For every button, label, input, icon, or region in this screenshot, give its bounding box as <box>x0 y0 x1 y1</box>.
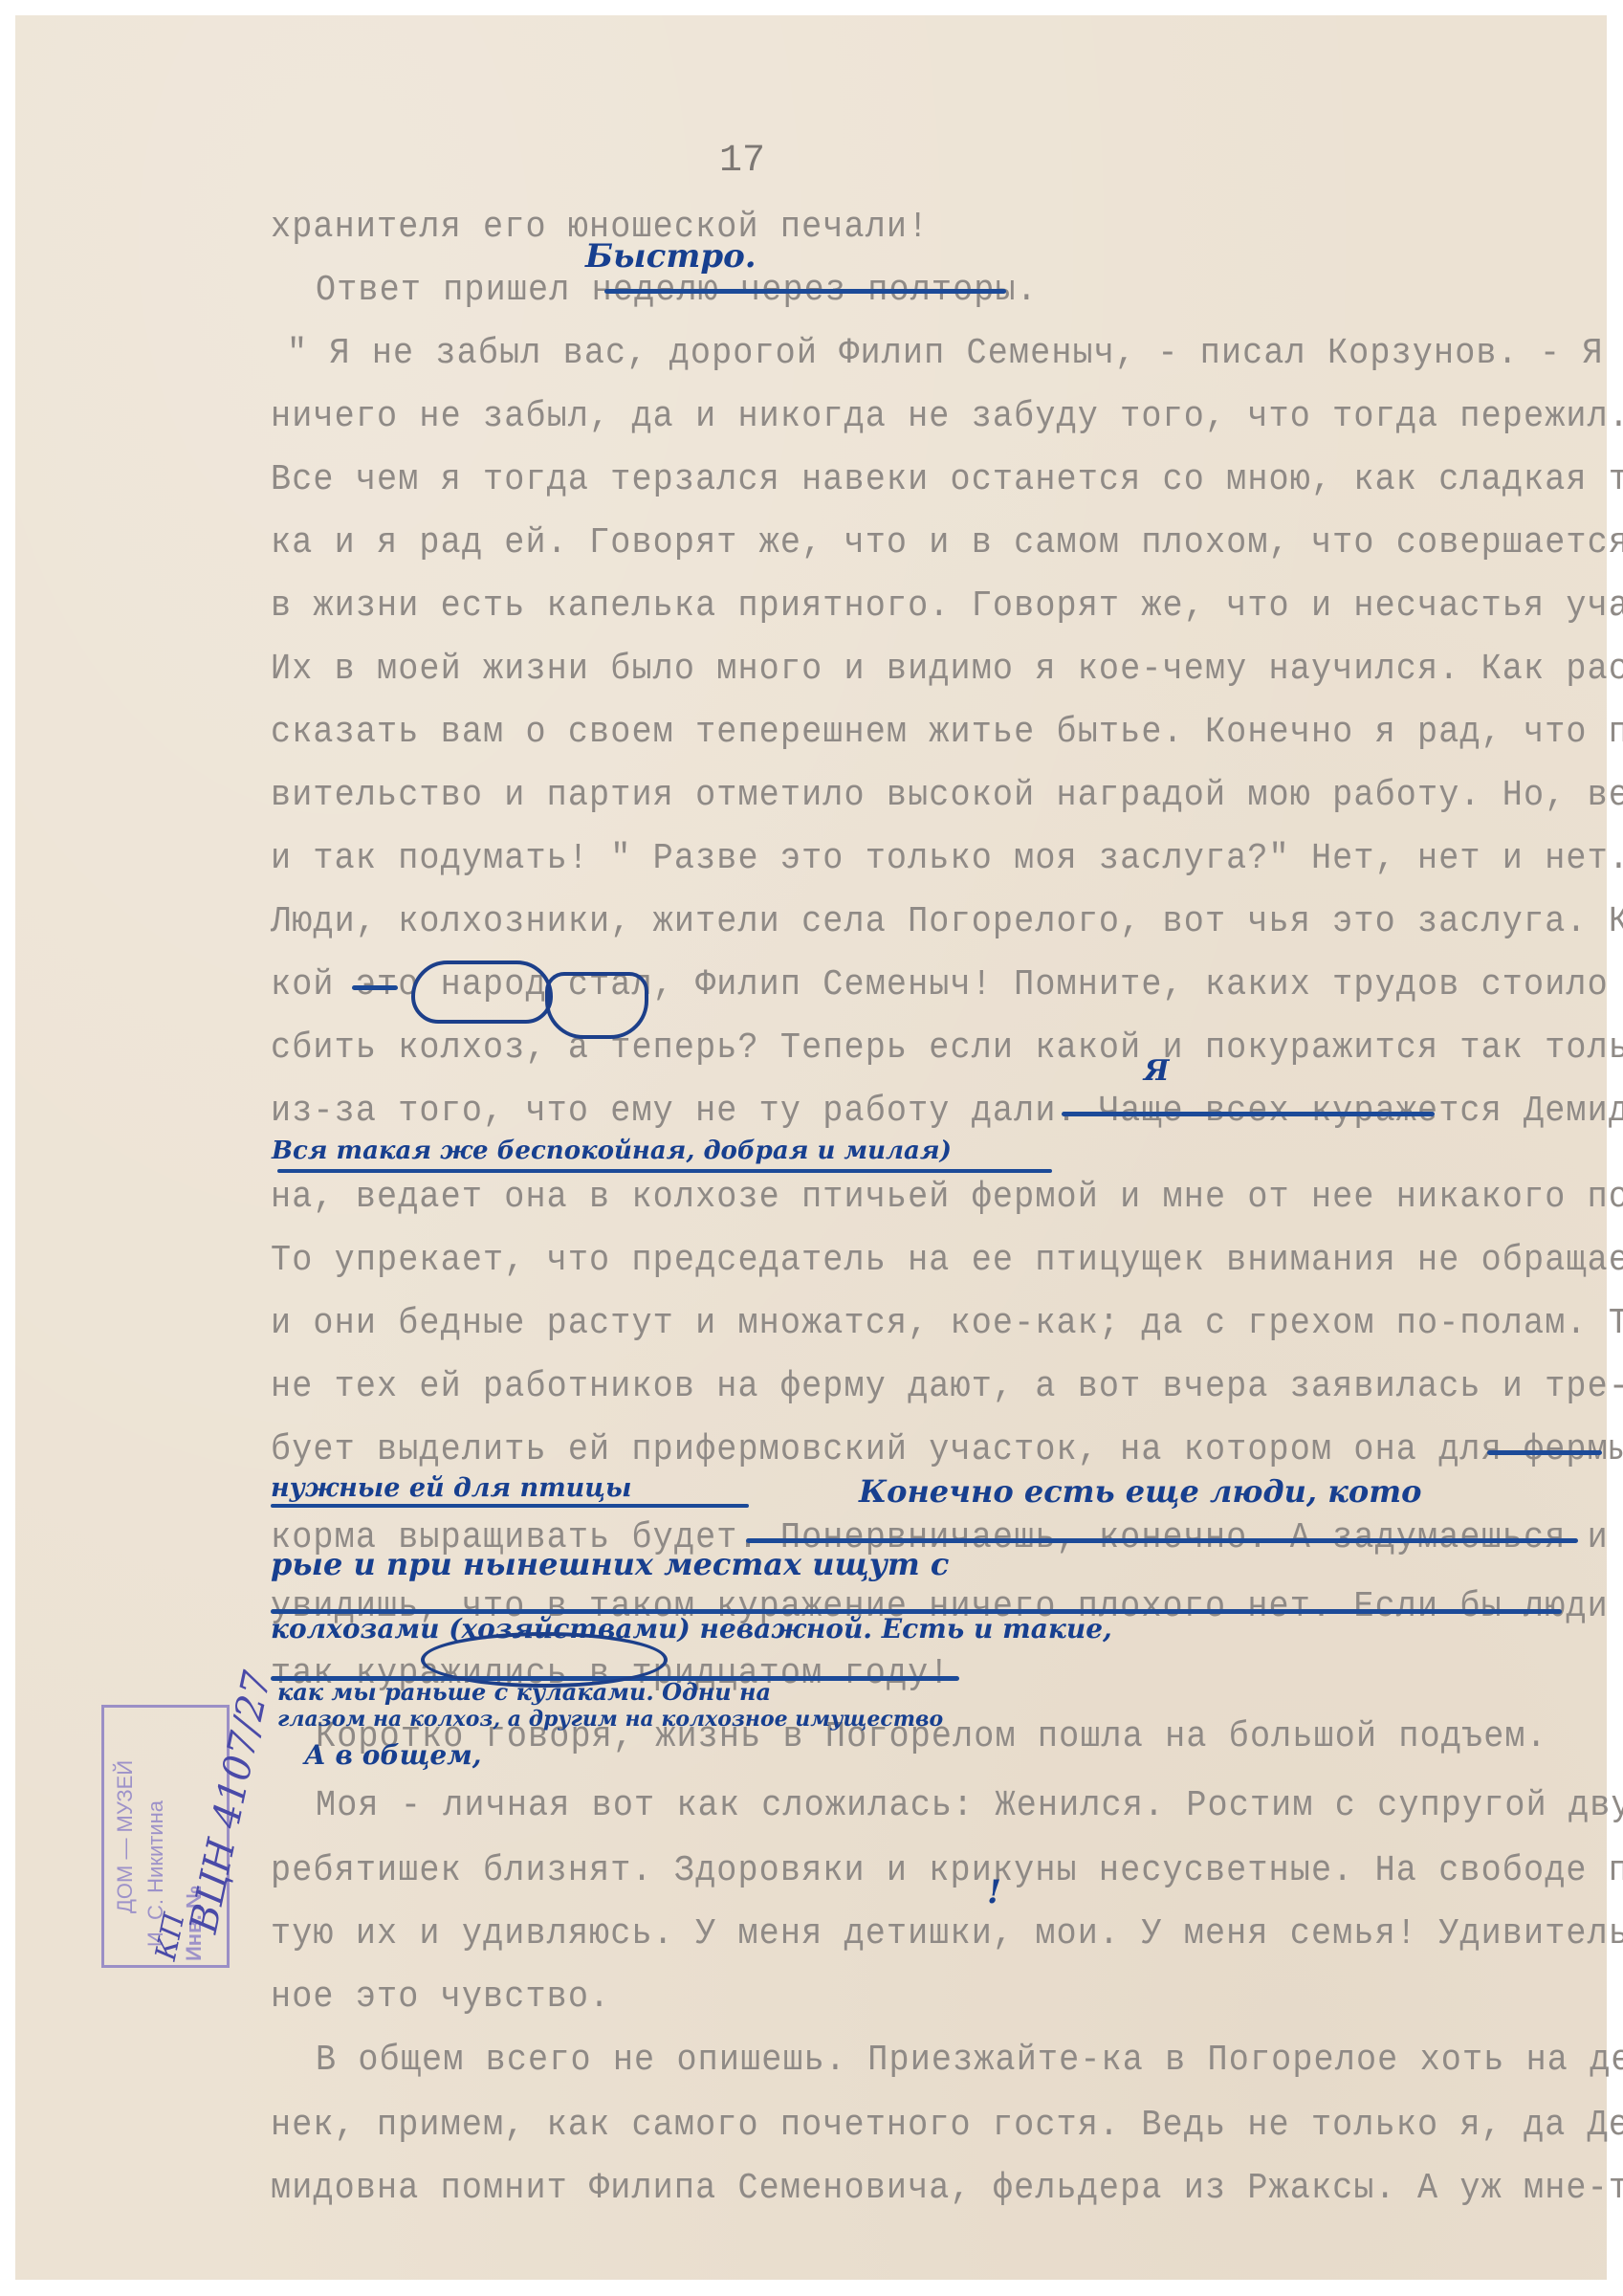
typed-line: Люди, колхозники, жители села Погорелого… <box>271 903 1623 941</box>
typed-line: бует выделить ей прифермовский участок, … <box>271 1431 1623 1469</box>
stamp-line-1: ДОМ — МУЗЕЙ <box>113 1760 138 1913</box>
typed-line: ничего не забыл, да и никогда не забуду … <box>271 398 1623 436</box>
circle-narod <box>411 960 553 1024</box>
strike-through-ponervnichaesh <box>746 1538 1578 1543</box>
handwritten-note: Я <box>1144 1054 1169 1088</box>
strike-through-eto <box>352 985 398 990</box>
typed-line: " Я не забыл вас, дорогой Филип Семеныч,… <box>287 335 1604 373</box>
handwritten-note: нужные ей для птицы <box>271 1473 631 1503</box>
typed-line: Все чем я тогда терзался навеки останетс… <box>271 461 1623 499</box>
handwritten-note: Быстро. <box>585 237 757 276</box>
typed-line: и так подумать! " Разве это только моя з… <box>271 840 1623 878</box>
strike-through-nedeli <box>604 289 1006 294</box>
circle-stal <box>545 972 648 1039</box>
typed-line: Моя - личная вот как сложилась: Женился.… <box>316 1787 1623 1825</box>
typed-line: тую их и удивляюсь. У меня детишки, мои.… <box>271 1915 1623 1954</box>
handwritten-note: Вся такая же беспокойная, добрая и милая… <box>272 1137 952 1165</box>
underline-insert-vsya <box>277 1169 1052 1173</box>
typed-line: ребятишек близнят. Здоровяки и крикуны н… <box>271 1852 1623 1890</box>
typed-line: на, ведает она в колхозе птичьей фермой … <box>271 1179 1623 1217</box>
typed-line: не тех ей работников на ферму дают, а во… <box>271 1368 1623 1406</box>
page-number: 17 <box>719 140 765 183</box>
typed-line: ка и я рад ей. Говорят же, что и в самом… <box>271 524 1623 563</box>
typed-line: То упрекает, что председатель на ее птиц… <box>271 1242 1623 1280</box>
handwritten-note: ! <box>987 1873 1001 1911</box>
typed-line: сказать вам о своем теперешнем житье быт… <box>271 714 1623 752</box>
handwritten-note: А в общем, <box>304 1739 482 1771</box>
handwritten-note: колхозами (хозяйствами) неважной. Есть и… <box>271 1613 1112 1645</box>
typed-line: В общем всего не опишешь. Приезжайте-ка … <box>316 2042 1623 2080</box>
circle-khozyaistvami <box>421 1632 668 1688</box>
underline-nuzhnye <box>271 1504 749 1508</box>
typed-line: в жизни есть капелька приятного. Говорят… <box>271 587 1623 626</box>
typed-line: сбить колхоз, а теперь? Теперь если како… <box>271 1029 1623 1068</box>
strike-through-uvidish <box>271 1609 1562 1614</box>
typed-line: мидовна помнит Филипа Семеновича, фельде… <box>271 2170 1623 2208</box>
handwritten-note: рые и при нынешних местах ищут с <box>271 1546 949 1582</box>
strike-through-chashe <box>1062 1112 1435 1116</box>
typed-line: ное это чувство. <box>271 1978 610 2017</box>
typed-line: Их в моей жизни было много и видимо я ко… <box>271 651 1623 689</box>
handwritten-note: глазом на колхоз, а другим на колхозное … <box>277 1707 943 1732</box>
typed-line: нек, примем, как самого почетного гостя.… <box>271 2107 1623 2145</box>
strike-through-dlya-fermy <box>1487 1450 1602 1455</box>
typed-line: и они бедные растут и множатся, кое-как;… <box>271 1305 1623 1343</box>
typed-line: вительство и партия отметило высокой наг… <box>271 777 1623 815</box>
handwritten-note: Конечно есть еще люди, кото <box>859 1473 1421 1510</box>
